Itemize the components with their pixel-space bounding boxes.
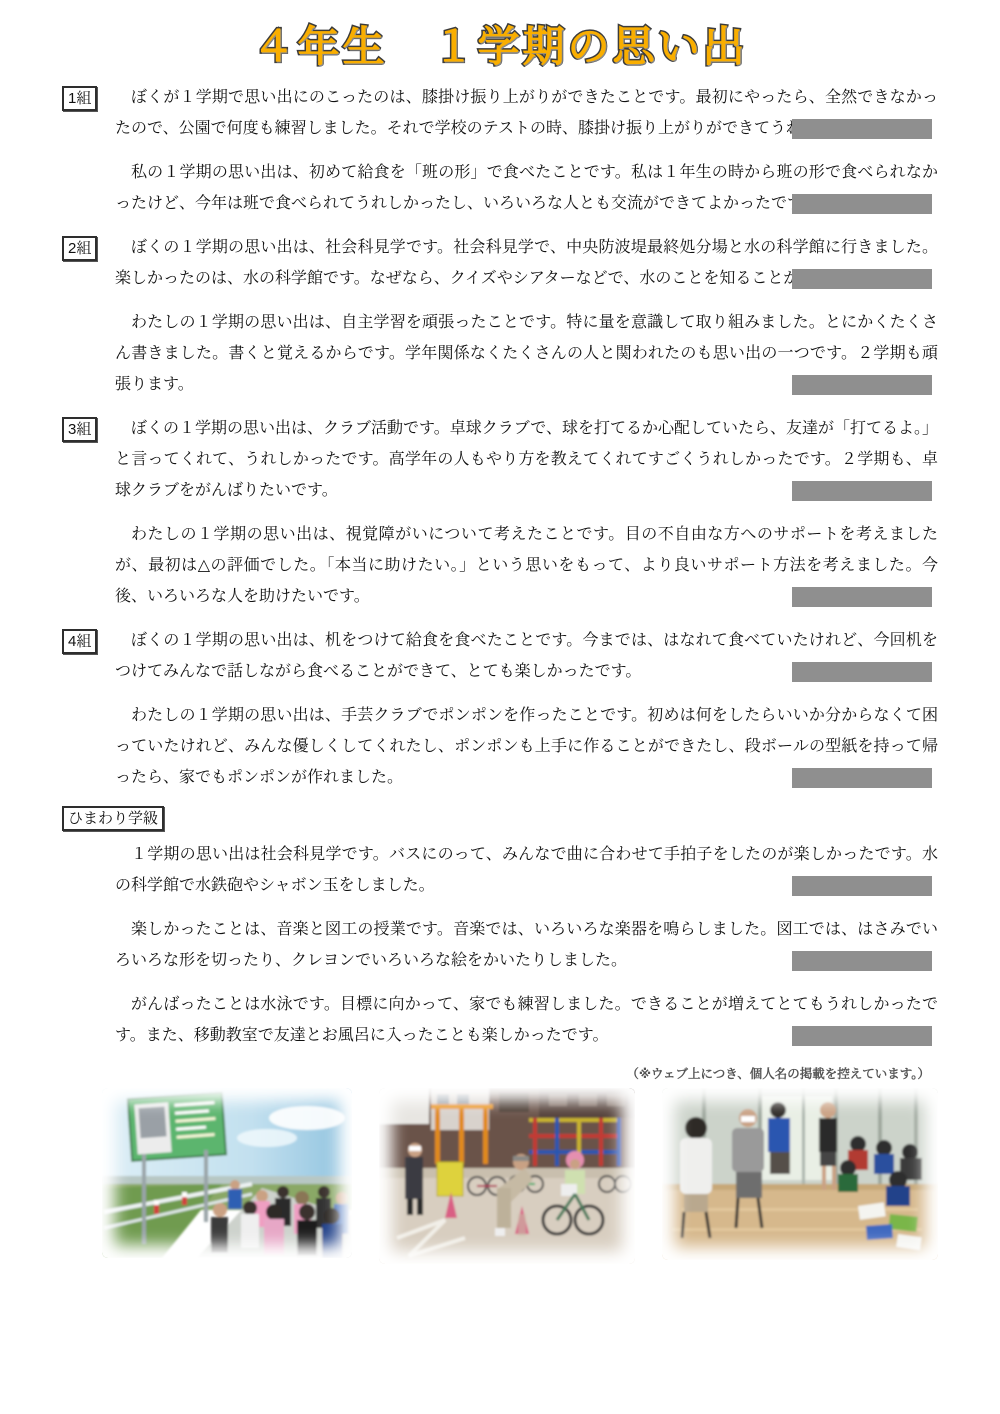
redacted-name-bar	[792, 587, 932, 607]
content-column: 1組 ぼくが１学期で思い出にのこったのは、膝掛け振り上がりができたことです。最初…	[115, 82, 938, 1051]
memory-paragraph: 私の１学期の思い出は、初めて給食を「班の形」で食べたことです。私は１年生の時から…	[115, 157, 938, 219]
class-label-himawari: ひまわり学級	[62, 806, 164, 831]
photo-bicycle-practice-illustration	[379, 1088, 635, 1264]
photo-interview	[662, 1088, 938, 1260]
memory-paragraph: わたしの１学期の思い出は、自主学習を頑張ったことです。特に量を意識して取り組みま…	[115, 307, 938, 400]
page-title: ４年生 １学期の思い出	[252, 24, 747, 70]
photo-bicycle-practice	[379, 1088, 635, 1264]
memory-paragraph: ぼくの１学期の思い出は、机をつけて給食を食べたことです。今までは、はなれて食べて…	[115, 625, 938, 687]
newsletter-page: ４年生 １学期の思い出 1組 ぼくが１学期で思い出にのこったのは、膝掛け振り上が…	[0, 0, 1000, 1414]
title-row: ４年生 １学期の思い出	[0, 0, 1000, 70]
redacted-name-bar	[792, 876, 932, 896]
memory-paragraph: １学期の思い出は社会科見学です。バスにのって、みんなで曲に合わせて手拍子をしたの…	[115, 839, 938, 901]
class-label-4: 4組	[62, 629, 97, 654]
section-class-4: 4組 ぼくの１学期の思い出は、机をつけて給食を食べたことです。今までは、はなれて…	[115, 625, 938, 793]
section-himawari: ひまわり学級 １学期の思い出は社会科見学です。バスにのって、みんなで曲に合わせて…	[115, 806, 938, 1051]
green-sign	[128, 1093, 226, 1161]
memory-paragraph: わたしの１学期の思い出は、手芸クラブでポンポンを作ったことです。初めは何をしたら…	[115, 700, 938, 793]
redacted-name-bar	[792, 768, 932, 788]
redacted-name-bar	[792, 481, 932, 501]
privacy-note: （※ウェブ上につき、個人名の掲載を控えています。）	[0, 1064, 930, 1082]
memory-paragraph: ぼくの１学期の思い出は、社会科見学です。社会科見学で、中央防波堤最終処分場と水の…	[115, 232, 938, 294]
redacted-name-bar	[792, 951, 932, 971]
redacted-name-bar	[792, 194, 932, 214]
yellow-banner	[437, 1162, 463, 1196]
redacted-name-bar	[792, 375, 932, 395]
memory-paragraph: ぼくの１学期の思い出は、クラブ活動です。卓球クラブで、球を打てるか心配していたら…	[115, 413, 938, 506]
class-label-3: 3組	[62, 417, 97, 442]
redacted-name-bar	[792, 662, 932, 682]
class-label-1: 1組	[62, 86, 97, 111]
memory-paragraph: がんばったことは水泳です。目標に向かって、家でも練習しました。できることが増えて…	[115, 989, 938, 1051]
photo-interview-illustration	[662, 1088, 938, 1260]
photo-field-trip	[102, 1088, 352, 1258]
redacted-name-bar	[792, 119, 932, 139]
section-class-2: 2組 ぼくの１学期の思い出は、社会科見学です。社会科見学で、中央防波堤最終処分場…	[115, 232, 938, 400]
class-label-2: 2組	[62, 236, 97, 261]
photo-row	[102, 1088, 938, 1264]
section-class-1: 1組 ぼくが１学期で思い出にのこったのは、膝掛け振り上がりができたことです。最初…	[115, 82, 938, 219]
redacted-name-bar	[792, 1026, 932, 1046]
redacted-name-bar	[792, 269, 932, 289]
memory-paragraph: わたしの１学期の思い出は、視覚障がいについて考えたことです。目の不自由な方へのサ…	[115, 519, 938, 612]
memory-paragraph: ぼくが１学期で思い出にのこったのは、膝掛け振り上がりができたことです。最初にやっ…	[115, 82, 938, 144]
photo-field-trip-illustration	[102, 1088, 352, 1258]
memory-paragraph: 楽しかったことは、音楽と図工の授業です。音楽では、いろいろな楽器を鳴らしました。…	[115, 914, 938, 976]
section-class-3: 3組 ぼくの１学期の思い出は、クラブ活動です。卓球クラブで、球を打てるか心配して…	[115, 413, 938, 612]
